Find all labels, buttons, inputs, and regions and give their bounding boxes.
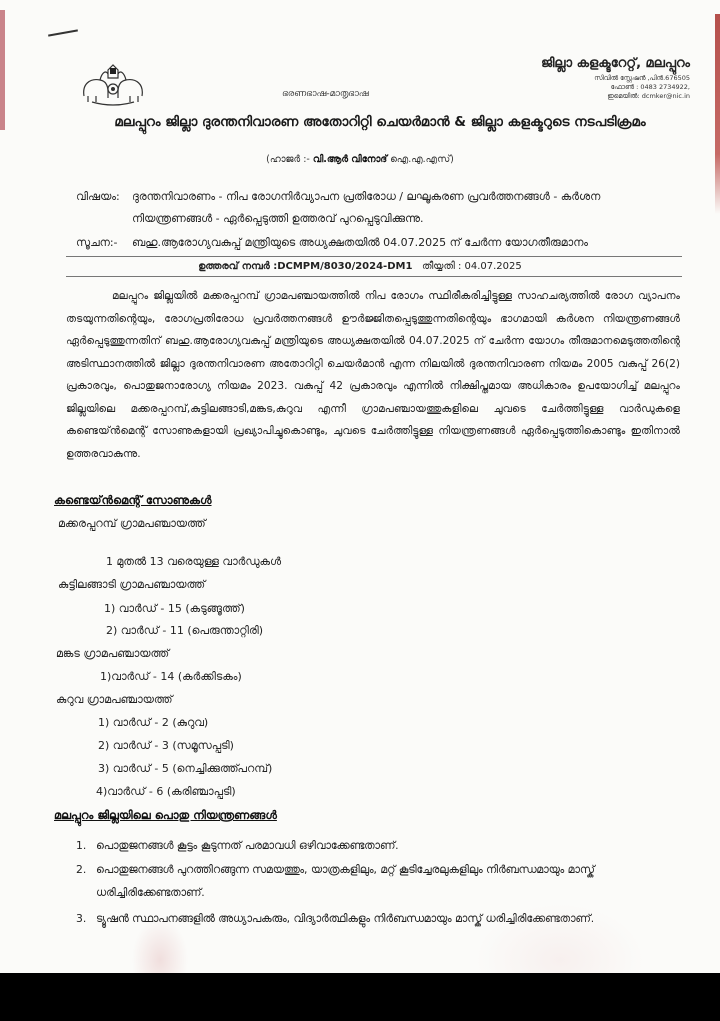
office-address-block: ജില്ലാ കളക്ടറേറ്റ്, മലപ്പുറം സിവിൽ സ്റ്റ… xyxy=(541,56,690,101)
panchayat-name: കുട്ടിലങ്ങാടി ഗ്രാമപഞ്ചായത്ത് xyxy=(58,578,205,592)
subject-text: ദുരന്തനിവാരണം - നിപ രോഗനിർവ്യാപന പ്രതിരോ… xyxy=(132,186,680,230)
pen-mark xyxy=(48,29,78,36)
ward-item: 1 മുതൽ 13 വരെയുള്ള വാർഡുകൾ xyxy=(106,555,281,569)
reference-text: ബഹു.ആരോഗ്യവകുപ്പ് മന്ത്രിയുടെ അധ്യക്ഷതയി… xyxy=(132,232,588,254)
present-name: വി.ആർ വിനോദ് xyxy=(313,154,387,165)
document-title: മലപ്പുറം ജില്ലാ ദുരന്തനിവാരണ അതോറിറ്റി ച… xyxy=(40,114,720,130)
page-edge-left xyxy=(0,10,5,130)
subject-label: വിഷയം: xyxy=(76,186,132,230)
kerala-emblem-icon xyxy=(78,62,148,106)
office-name: ജില്ലാ കളക്ടറേറ്റ്, മലപ്പുറം xyxy=(541,56,690,71)
subject-row: വിഷയം: ദുരന്തനിവാരണം - നിപ രോഗനിർവ്യാപന … xyxy=(76,186,680,230)
rule-text: പൊതുജനങ്ങൾ കൂട്ടം കൂടുന്നത് പരമാവധി ഒഴിവ… xyxy=(96,834,399,857)
order-number: DCMPM/8030/2024-DM1 xyxy=(277,261,412,272)
document-page: ഭരണഭാഷ-മാതൃഭാഷ ജില്ലാ കളക്ടറേറ്റ്, മലപ്പ… xyxy=(0,0,720,973)
office-email: ഇമെയിൽ: dcmker@nic.in xyxy=(541,92,690,101)
official-language-line: ഭരണഭാഷ-മാതൃഭാഷ xyxy=(282,89,369,99)
ward-item: 1) വാർഡ് - 2 (കുറുവ) xyxy=(98,716,208,730)
order-number-line: ഉത്തരവ് നമ്പർ :DCMPM/8030/2024-DM1 തീയ്യ… xyxy=(0,261,720,272)
ward-item: 1) വാർഡ് - 15 (കടുങ്ങൂത്ത്) xyxy=(104,602,245,616)
rule-item: 1. പൊതുജനങ്ങൾ കൂട്ടം കൂടുന്നത് പരമാവധി ഒ… xyxy=(76,834,680,857)
rule-item: 2. പൊതുജനങ്ങൾ പുറത്തിറങ്ങുന്ന സമയത്തും, … xyxy=(76,858,680,904)
order-body-paragraph: മലപ്പുറം ജില്ലയിൽ മക്കരപ്പറമ്പ് ഗ്രാമപഞ്… xyxy=(66,285,680,465)
ward-item: 2) വാർഡ് - 3 (സമൂസപ്പടി) xyxy=(98,739,234,753)
ward-item: 4)വാർഡ് - 6 (കരിഞ്ചാപ്പടി) xyxy=(96,785,236,799)
divider xyxy=(66,276,682,277)
reference-row: സൂചന:- ബഹു.ആരോഗ്യവകുപ്പ് മന്ത്രിയുടെ അധ്… xyxy=(76,232,680,254)
rule-number: 2. xyxy=(76,858,96,904)
rule-text: പൊതുജനങ്ങൾ പുറത്തിറങ്ങുന്ന സമയത്തും, യാത… xyxy=(96,858,680,904)
order-date: 04.07.2025 xyxy=(465,261,522,272)
order-number-label: ഉത്തരവ് നമ്പർ : xyxy=(198,261,277,272)
office-address: സിവിൽ സ്റ്റേഷൻ ,പിൻ.676505 xyxy=(541,74,690,83)
panchayat-name: മങ്കട ഗ്രാമപഞ്ചായത്ത് xyxy=(56,647,169,661)
panchayat-name: കുറുവ ഗ്രാമപഞ്ചായത്ത് xyxy=(56,693,173,707)
panchayat-name: മക്കരപ്പറമ്പ് ഗ്രാമപഞ്ചായത്ത് xyxy=(58,517,206,531)
rule-number: 1. xyxy=(76,834,96,857)
present-officer: (ഹാജർ :- വി.ആർ വിനോദ് ഐ.എ.എസ്) xyxy=(0,154,720,165)
containment-zones-heading: കണ്ടെയ്ൻമെന്റ് സോണുകൾ xyxy=(54,493,212,508)
ward-item: 3) വാർഡ് - 5 (നെച്ചിക്കുത്ത്പറമ്പ്) xyxy=(98,762,272,776)
ward-item: 1)വാർഡ് - 14 (കർക്കിടകം) xyxy=(100,670,242,684)
ward-item: 2) വാർഡ് - 11 (പെരുന്താറ്റിരി) xyxy=(106,624,263,638)
rule-item: 3. ട്യൂഷൻ സ്ഥാപനങ്ങളിൽ അധ്യാപകരും, വിദ്യ… xyxy=(76,907,680,930)
present-prefix: (ഹാജർ :- xyxy=(266,154,313,165)
divider xyxy=(66,256,682,257)
order-date-label: തീയ്യതി : xyxy=(422,261,465,272)
reference-label: സൂചന:- xyxy=(76,232,132,254)
office-phone: ഫോൺ : 0483 2734922, xyxy=(541,83,690,92)
general-rules-heading: മലപ്പുറം ജില്ലയിലെ പൊതു നിയന്ത്രണങ്ങൾ xyxy=(54,808,277,823)
rule-text: ട്യൂഷൻ സ്ഥാപനങ്ങളിൽ അധ്യാപകരും, വിദ്യാർത… xyxy=(96,907,594,930)
rule-number: 3. xyxy=(76,907,96,930)
present-suffix: ഐ.എ.എസ്) xyxy=(387,154,454,165)
